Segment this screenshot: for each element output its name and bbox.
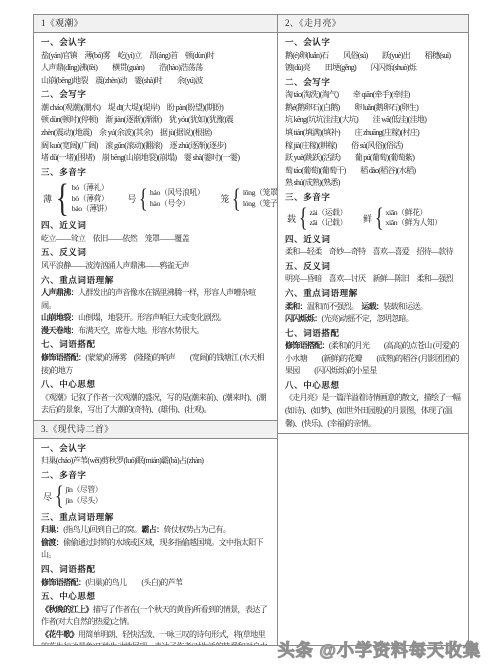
text-line: 鹅é(鹅卵石)(白鹅) 卵 luǎn(鹅卵石)(卵生) — [285, 102, 461, 115]
text-run: 人声鼎(dǐng)沸(fèi) 横贯(guàn) 浩(hào)浩荡荡 — [41, 63, 202, 72]
polyphone-option: lóng（笼子） — [243, 199, 278, 210]
polyphone-options: xiān（鲜花）xiǎn（鲜为人知） — [385, 208, 441, 229]
section-heading: 二、会写字 — [285, 76, 461, 90]
polyphone-char: 鲜 — [363, 212, 372, 225]
text-line: 柔和—轻柔 奇妙—奇特 喜欢—喜爱 招待—款待 — [285, 246, 461, 259]
text-line: 阔 kuò(宽阔)(广阔) 滚 gǔn(滚动)(翻滚) 逐 zhú(逐渐)(逐步… — [41, 140, 270, 153]
polyphone-option: zǎi（记载） — [310, 218, 347, 229]
polyphone-options: jǐn（尽管）jìn（尽头） — [66, 485, 103, 506]
term-bold: 漫天卷地： — [41, 326, 78, 335]
polyphone-group: 载{zài（运载）zǎi（记载） — [287, 206, 347, 229]
polyphone-option: bó（薄礼） — [72, 183, 112, 194]
polyphone-group: 薄{bó（薄礼）bò（薄荷）báo（薄饼） — [43, 181, 111, 216]
text-line: 山崩地裂：山倒塌，地裂开。形容声响巨大或变化剧烈。 — [41, 312, 270, 325]
text-run: 《观潮》记叙了作者一次观潮的盛况，写的是(潮来前)、(潮来时)、(潮去后)的景象… — [41, 393, 266, 415]
polyphone-options: zài（运载）zǎi（记载） — [310, 208, 347, 229]
text-run: 潮 cháo(观潮)(潮水) 堤 dī(大堤)(堤岸) 盼 pàn(盼望)(期盼… — [41, 103, 223, 112]
text-line: 淘 táo(淘洗)(淘气) 牵 qiān(牵手)(牵挂) — [285, 89, 461, 102]
brace-glyph: { — [232, 187, 241, 210]
section-title: 1《观潮》 — [34, 15, 277, 33]
polyphone-options: lǒng（笼罩）lóng（笼子） — [243, 188, 278, 209]
text-run: 顿 dùn(顿时)(停顿) 渐 jiàn(逐渐)(渐渐) 犹 yóu(犹如)(犹… — [41, 115, 233, 124]
section-heading: 四、近义词 — [41, 219, 270, 233]
text-run: 熟 shú(成熟)(熟悉) — [285, 178, 340, 187]
text-run: 盐(yán)官镇 薄(bó)雾 屹(yì)立 昂(áng)首 顿(dùn)时 — [41, 51, 214, 60]
watermark-text: 头条 @小学资料每天收集 — [278, 636, 481, 661]
polyphone-options: bó（薄礼）bò（薄荷）báo（薄饼） — [72, 183, 112, 215]
section-body: 一、会认字归巢(cháo)芦苇(wěi)剪秋罗(luó)眠(mián)霸(bà)… — [34, 439, 277, 645]
section-heading: 五、反义词 — [285, 260, 461, 274]
polyphone-group: 号{háo（风号浪吼）hào（号令） — [127, 187, 204, 210]
text-line: 人声鼎沸：人群发出的声音像水在锅里沸腾一样，形容人声嘈杂喧闹。 — [41, 287, 270, 312]
brace-glyph: { — [299, 206, 308, 229]
section-heading: 一、会认字 — [285, 36, 461, 50]
text-line: 山崩(bēng)地裂 震(zhèn)动 霎(shà)时 余(yú)波 — [41, 75, 270, 88]
text-line: 萄 táo(葡萄)(葡萄干) 稻 dào(稻谷)(水稻) — [285, 165, 461, 178]
term-bold: 柔和： — [285, 302, 307, 311]
text-run: (指鸟儿)回到自己的窝。 — [63, 525, 141, 534]
text-line: 《观潮》记叙了作者一次观潮的盛况，写的是(潮来前)、(潮来时)、(潮去后)的景象… — [41, 392, 270, 417]
section-heading: 二、会写字 — [41, 88, 270, 102]
text-run: 跃 yuè(跳跃)(活跃) 葡 pú(葡萄)(葡萄紫) — [285, 153, 414, 162]
polyphone-option: zài（运载） — [310, 208, 347, 219]
text-run: 装载和运送。 — [383, 302, 427, 311]
text-run: 阔 kuò(宽阔)(广阔) 滚 gǔn(滚动)(翻滚) 逐 zhú(逐渐)(逐步… — [41, 141, 226, 150]
text-line: 人声鼎(dǐng)沸(fèi) 横贯(guàn) 浩(hào)浩荡荡 — [41, 62, 270, 75]
section-heading: 五、反义词 — [41, 246, 270, 260]
left-column: 1《观潮》一、会认字盐(yán)官镇 薄(bó)雾 屹(yì)立 昂(áng)首… — [34, 15, 278, 645]
text-run: 山倒塌，地裂开。形容声响巨大或变化剧烈。 — [78, 313, 226, 322]
text-line: 漫天卷地：布满天空，席卷大地。形容水势很大。 — [41, 325, 270, 338]
text-run: 山崩(bēng)地裂 震(zhèn)动 霎(shà)时 余(yú)波 — [41, 76, 203, 85]
section-heading: 六、重点词语理解 — [41, 274, 270, 288]
text-line: 修饰语搭配：(柔和)的月光 (高高)的点苍山 (可爱)的小水塘 (新鲜)的花瓣 … — [285, 340, 461, 378]
polyphone-option: xiān（鲜花） — [385, 208, 441, 219]
text-run: 坑 kēng(坑坑洼洼)(大坑) 洼 wā(低洼)(洼地) — [285, 115, 426, 124]
polyphone-group: 鲜{xiān（鲜花）xiǎn（鲜为人知） — [363, 206, 442, 229]
brace-glyph: { — [55, 484, 64, 507]
text-line: 归巢(cháo)芦苇(wěi)剪秋罗(luó)眠(mián)霸(bà)占(zhà… — [41, 455, 270, 468]
text-line: 鹅(é)卵(luǎn)石 风俗(sú) 跃(yuè)出 稻穗(suì) — [285, 50, 461, 63]
text-line: 闪闪烁烁：(光亮)动摇不定，忽明忽暗。 — [285, 313, 461, 326]
section-body: 一、会认字盐(yán)官镇 薄(bó)雾 屹(yì)立 昂(áng)首 顿(dù… — [34, 33, 277, 421]
polyphone-char: 尽 — [43, 490, 52, 503]
polyphone-row: 载{zài（运载）zǎi（记载）鲜{xiān（鲜花）xiǎn（鲜为人知） — [285, 206, 461, 229]
section-heading: 二、多音字 — [41, 469, 270, 483]
right-column: 2、《走月亮》一、会认字鹅(é)卵(luǎn)石 风俗(sú) 跃(yuè)出 … — [278, 15, 468, 645]
term-bold: 闪闪烁烁： — [285, 314, 322, 323]
text-run: 柔和—轻柔 奇妙—奇特 喜欢—喜爱 招待—款待 — [285, 247, 453, 256]
brace-glyph: { — [375, 206, 384, 229]
polyphone-row: 薄{bó（薄礼）bò（薄荷）báo（薄饼）号{háo（风号浪吼）hào（号令）笼… — [41, 181, 270, 216]
text-run: zhèn(震动)(地震) 余 yú(余波)(其余) 据 jù(据说)(根据) — [41, 128, 212, 137]
text-line: 堵 dǔ(一堵)(围堵) 崩 bēng(山崩地裂)(崩塌) 霎 shà(霎时)(… — [41, 152, 270, 165]
section-heading: 三、多音字 — [41, 166, 270, 180]
brace-glyph: { — [139, 187, 148, 210]
term-bold: 人声鼎沸： — [41, 288, 78, 297]
text-line: 归巢：(指鸟儿)回到自己的窝。霸占：倚仗权势占为己有。 — [41, 524, 270, 537]
text-run: 鹅é(鹅卵石)(白鹅) 卵 luǎn(鹅卵石)(卵生) — [285, 103, 418, 112]
brace-glyph: { — [56, 181, 69, 216]
polyphone-option: báo（薄饼） — [72, 204, 112, 215]
text-line: 潮 cháo(观潮)(潮水) 堤 dī(大堤)(堤岸) 盼 pàn(盼望)(期盼… — [41, 102, 270, 115]
term-bold: 修饰语搭配： — [285, 341, 329, 350]
text-line: 跃 yuè(跳跃)(活跃) 葡 pú(葡萄)(葡萄紫) — [285, 152, 461, 165]
text-run: 倚仗权势占为己有。 — [164, 525, 231, 534]
text-run: 堵 dǔ(一堵)(围堵) 崩 bēng(山崩地裂)(崩塌) 霎 shà(霎时)(… — [41, 153, 239, 162]
text-line: 《秋晚的江上》描写了作者在(一个秋天的黄昏)所看到的情景，表达了作者(对大自然的… — [41, 604, 270, 629]
section-title: 3.《现代诗二首》 — [34, 421, 277, 439]
text-run: 明亮—昏暗 喜欢—讨厌 新鲜—陈旧 柔和—强烈 — [285, 274, 453, 283]
polyphone-option: jǐn（尽管） — [66, 485, 103, 496]
text-line: 偷渡：偷偷通过封锁的水域或区域，现多指偷越国境。文中指太阳下山。 — [41, 537, 270, 562]
text-run: 风平浪静——波涛汹涌人声鼎沸——鸦雀无声 — [41, 261, 189, 270]
text-run: 镀(dù)亮 田埂(gěng) 闪闪烁(shuò)烁 — [285, 63, 416, 72]
section-heading: 七、词语搭配 — [285, 327, 461, 341]
text-line: 风平浪静——波涛汹涌人声鼎沸——鸦雀无声 — [41, 260, 270, 273]
polyphone-option: hào（号令） — [150, 199, 204, 210]
text-run: 填 tián(填满)(填补) 庄 zhuāng(庄稼)(村庄) — [285, 128, 419, 137]
text-line: 稼 jià(庄稼)(耕稼) 俗 sú(风俗)(俗话) — [285, 140, 461, 153]
text-line: 《花牛歌》用简单明朗、轻快活泼、一咏三叹的诗句形式，将(草地里的花牛行动景象)巧… — [41, 629, 270, 645]
polyphone-group: 尽{jǐn（尽管）jìn（尽头） — [43, 484, 102, 507]
polyphone-char: 薄 — [43, 192, 52, 205]
text-run: 屹立——耸立 依旧——依然 笼罩——覆盖 — [41, 234, 189, 243]
text-line: 坑 kēng(坑坑洼洼)(大坑) 洼 wā(低洼)(洼地) — [285, 114, 461, 127]
section-heading: 四、词语搭配 — [41, 563, 270, 577]
text-run: 稼 jià(庄稼)(耕稼) 俗 sú(风俗)(俗话) — [285, 141, 403, 150]
section-heading: 三、多音字 — [285, 191, 461, 205]
polyphone-option: bò（薄荷） — [72, 194, 112, 205]
text-line: 熟 shú(成熟)(熟悉) — [285, 177, 461, 190]
text-line: 屹立——耸立 依旧——依然 笼罩——覆盖 — [41, 233, 270, 246]
text-run: 淘 táo(淘洗)(淘气) 牵 qiān(牵手)(牵挂) — [285, 90, 410, 99]
section-heading: 一、会认字 — [41, 442, 270, 456]
text-line: 修饰语搭配：(归巢)的鸟儿 (头白)的芦苇 — [41, 577, 270, 590]
polyphone-option: háo（风号浪吼） — [150, 188, 204, 199]
section-heading: 一、会认字 — [41, 36, 270, 50]
polyphone-group: 笼{lǒng（笼罩）lóng（笼子） — [220, 187, 278, 210]
section-heading: 八、中心思想 — [285, 379, 461, 393]
text-line: 盐(yán)官镇 薄(bó)雾 屹(yì)立 昂(áng)首 顿(dùn)时 — [41, 50, 270, 63]
term-bold: 霸占： — [141, 525, 163, 534]
text-line: 《走月亮》是一篇洋溢着诗情画意的散文，描绘了一幅(如诗)、(如梦)、(如世外田园… — [285, 392, 461, 430]
polyphone-option: xiǎn（鲜为人知） — [385, 218, 441, 229]
text-line: 明亮—昏暗 喜欢—讨厌 新鲜—陈旧 柔和—强烈 — [285, 273, 461, 286]
term-bold: 山崩地裂： — [41, 313, 78, 322]
polyphone-option: lǒng（笼罩） — [243, 188, 278, 199]
text-line: 修饰语搭配：(蒙蒙)的薄雾 (隆隆)的响声 (宽阔)的钱塘江 (水天相接)的地方 — [41, 352, 270, 377]
text-run: 布满天空，席卷大地。形容水势很大。 — [78, 326, 204, 335]
worksheet-page: 1《观潮》一、会认字盐(yán)官镇 薄(bó)雾 屹(yì)立 昂(áng)首… — [0, 0, 500, 666]
text-run: (归巢)的鸟儿 (头白)的芦苇 — [85, 578, 182, 587]
text-run: 温和而不强烈。 — [307, 302, 361, 311]
term-bold: 偷渡： — [41, 538, 63, 547]
section-heading: 八、中心思想 — [41, 378, 270, 392]
text-run: (光亮)动摇不定，忽明忽暗。 — [322, 314, 414, 323]
notes-table: 1《观潮》一、会认字盐(yán)官镇 薄(bó)雾 屹(yì)立 昂(áng)首… — [33, 14, 469, 646]
term-bold: 修饰语搭配： — [41, 578, 85, 587]
text-line: 顿 dùn(顿时)(停顿) 渐 jiàn(逐渐)(渐渐) 犹 yóu(犹如)(犹… — [41, 114, 270, 127]
empty-cell — [278, 434, 468, 645]
polyphone-row: 尽{jǐn（尽管）jìn（尽头） — [41, 484, 270, 507]
section-heading: 七、词语搭配 — [41, 338, 270, 352]
term-bold: 《秋晚的江上》 — [41, 605, 93, 614]
text-run: 偷偷通过封锁的水域或区域，现多指偷越国境。文中指太阳下山。 — [41, 538, 263, 560]
polyphone-char: 号 — [127, 192, 136, 205]
polyphone-char: 载 — [287, 212, 296, 225]
text-run: 《走月亮》是一篇洋溢着诗情画意的散文，描绘了一幅(如诗)、(如梦)、(如世外田园… — [285, 393, 460, 427]
text-line: 镀(dù)亮 田埂(gěng) 闪闪烁(shuò)烁 — [285, 62, 461, 75]
term-bold: 归巢： — [41, 525, 63, 534]
term-bold: 修饰语搭配： — [41, 353, 85, 362]
text-line: 柔和：温和而不强烈。 运载：装载和运送。 — [285, 301, 461, 314]
section-heading: 六、重点词语理解 — [285, 287, 461, 301]
polyphone-options: háo（风号浪吼）hào（号令） — [150, 188, 204, 209]
section-title: 2、《走月亮》 — [278, 15, 468, 33]
section-heading: 五、中心思想 — [41, 590, 270, 604]
term-bold: 《花牛歌》 — [41, 630, 78, 639]
polyphone-char: 笼 — [220, 192, 229, 205]
text-run: 归巢(cháo)芦苇(wěi)剪秋罗(luó)眠(mián)霸(bà)占(zhà… — [41, 456, 203, 465]
section-heading: 三、重点词语理解 — [41, 511, 270, 525]
polyphone-option: jìn（尽头） — [66, 496, 103, 507]
text-run: 鹅(é)卵(luǎn)石 风俗(sú) 跃(yuè)出 稻穗(suì) — [285, 51, 450, 60]
text-line: zhèn(震动)(地震) 余 yú(余波)(其余) 据 jù(据说)(根据) — [41, 127, 270, 140]
text-line: 填 tián(填满)(填补) 庄 zhuāng(庄稼)(村庄) — [285, 127, 461, 140]
term-bold: 运载： — [361, 302, 383, 311]
text-run: 萄 táo(葡萄)(葡萄干) 稻 dào(稻谷)(水稻) — [285, 166, 415, 175]
section-heading: 四、近义词 — [285, 233, 461, 247]
section-body: 一、会认字鹅(é)卵(luǎn)石 风俗(sú) 跃(yuè)出 稻穗(suì)… — [278, 33, 468, 434]
